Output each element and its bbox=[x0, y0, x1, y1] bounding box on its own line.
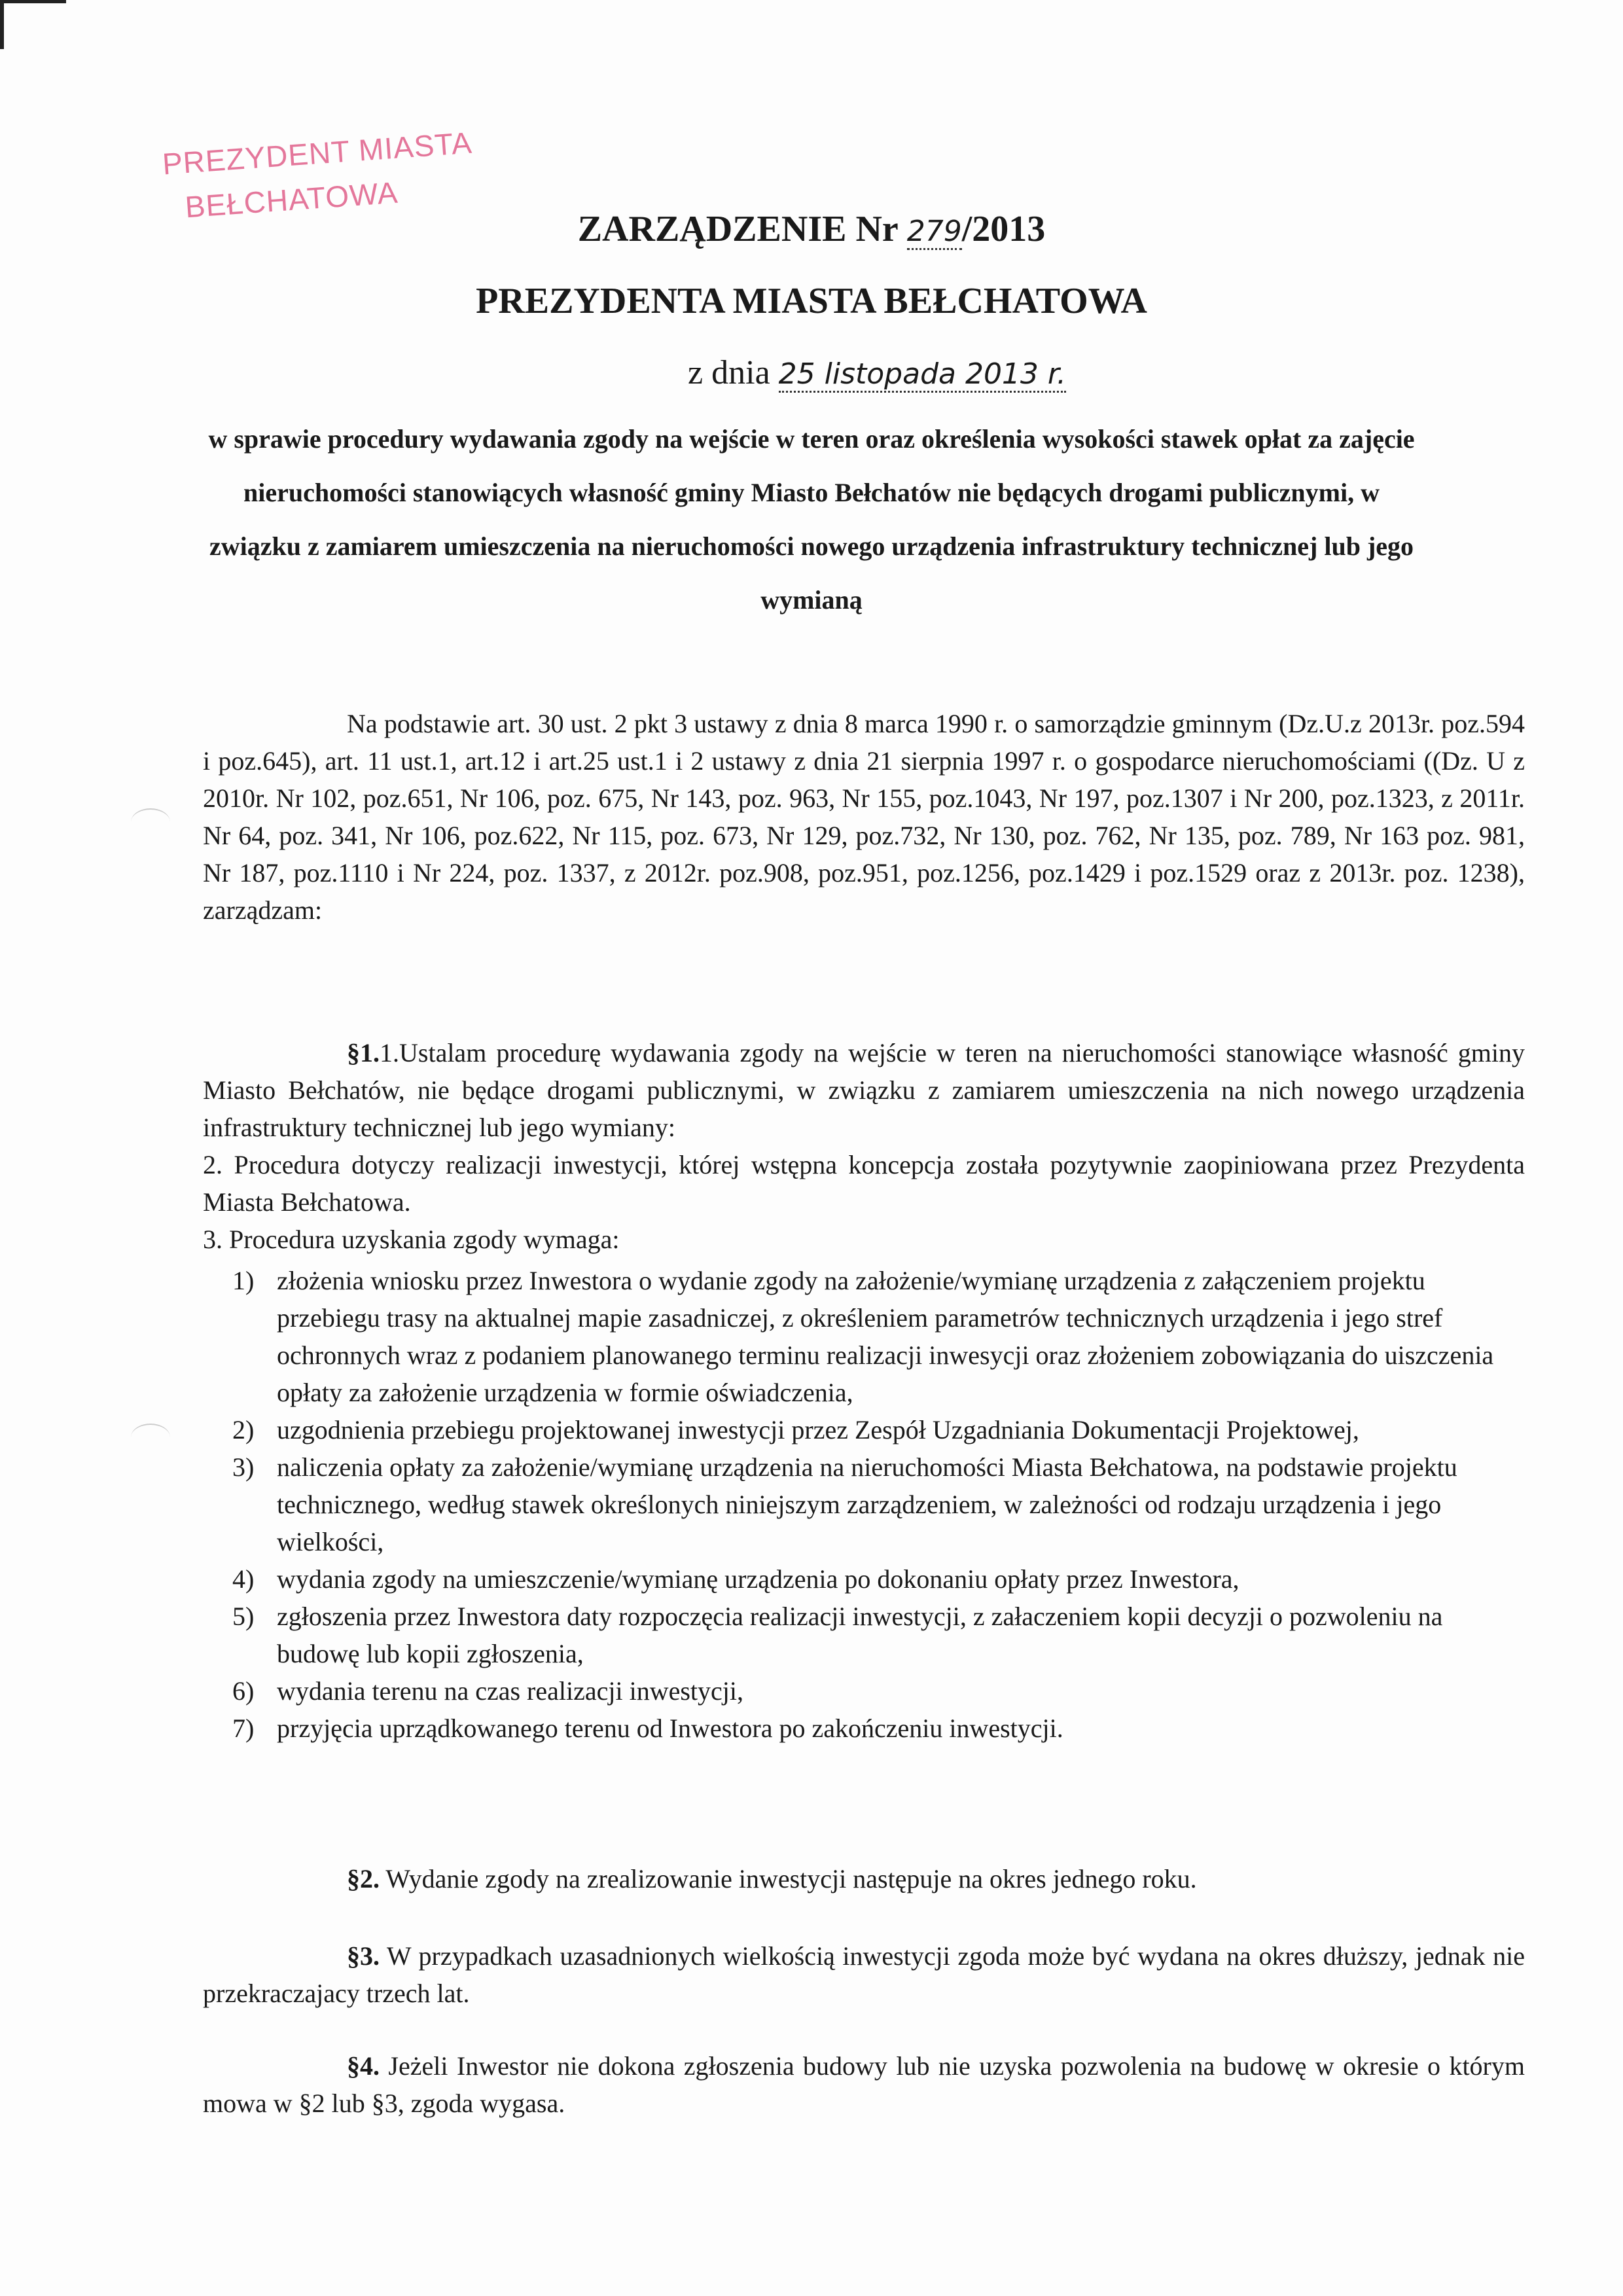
list-item: 4)wydania zgody na umieszczenie/wymianę … bbox=[232, 1560, 1528, 1598]
legal-basis: Na podstawie art. 30 ust. 2 pkt 3 ustawy… bbox=[203, 705, 1525, 929]
section-4: §4. Jeżeli Inwestor nie dokona zgłoszeni… bbox=[203, 2047, 1525, 2122]
section-1: §1.1.Ustalam procedurę wydawania zgody n… bbox=[203, 1034, 1525, 1258]
section-mark: §1. bbox=[347, 1038, 380, 1067]
list-item: 3)naliczenia opłaty za założenie/wymianę… bbox=[232, 1448, 1528, 1560]
section-1-point-3: 3. Procedura uzyskania zgody wymaga: bbox=[203, 1221, 1525, 1258]
list-item: 7)przyjęcia uprządkowanego terenu od Inw… bbox=[232, 1710, 1528, 1747]
procedure-requirements-list: 1)złożenia wniosku przez Inwestora o wyd… bbox=[232, 1262, 1528, 1747]
document-date: z dnia 25 listopada 2013 r. bbox=[0, 353, 1623, 392]
list-item: 2)uzgodnienia przebiegu projektowanej in… bbox=[232, 1411, 1528, 1448]
issuing-authority: PREZYDENTA MIASTA BEŁCHATOWA bbox=[0, 280, 1623, 322]
section-3: §3. W przypadkach uzasadnionych wielkośc… bbox=[203, 1937, 1525, 2012]
document-page: PREZYDENT MIASTA BEŁCHATOWA ZARZĄDZENIE … bbox=[0, 0, 1623, 2296]
handwritten-number: 279 bbox=[907, 215, 962, 250]
list-item: 1)złożenia wniosku przez Inwestora o wyd… bbox=[232, 1262, 1528, 1411]
document-subject: w sprawie procedury wydawania zgody na w… bbox=[196, 412, 1427, 627]
handwritten-date: 25 listopada 2013 r. bbox=[779, 357, 1066, 393]
scan-edge bbox=[0, 0, 66, 49]
document-title: ZARZĄDZENIE Nr 279/2013 bbox=[0, 208, 1623, 250]
list-item: 5)zgłoszenia przez Inwestora daty rozpoc… bbox=[232, 1598, 1528, 1672]
punch-hole-mark bbox=[131, 1424, 170, 1451]
section-1-point-2: 2. Procedura dotyczy realizacji inwestyc… bbox=[203, 1146, 1525, 1221]
list-item: 6)wydania terenu na czas realizacji inwe… bbox=[232, 1672, 1528, 1710]
section-2: §2. Wydanie zgody na zrealizowanie inwes… bbox=[203, 1860, 1525, 1897]
punch-hole-mark bbox=[131, 808, 170, 836]
